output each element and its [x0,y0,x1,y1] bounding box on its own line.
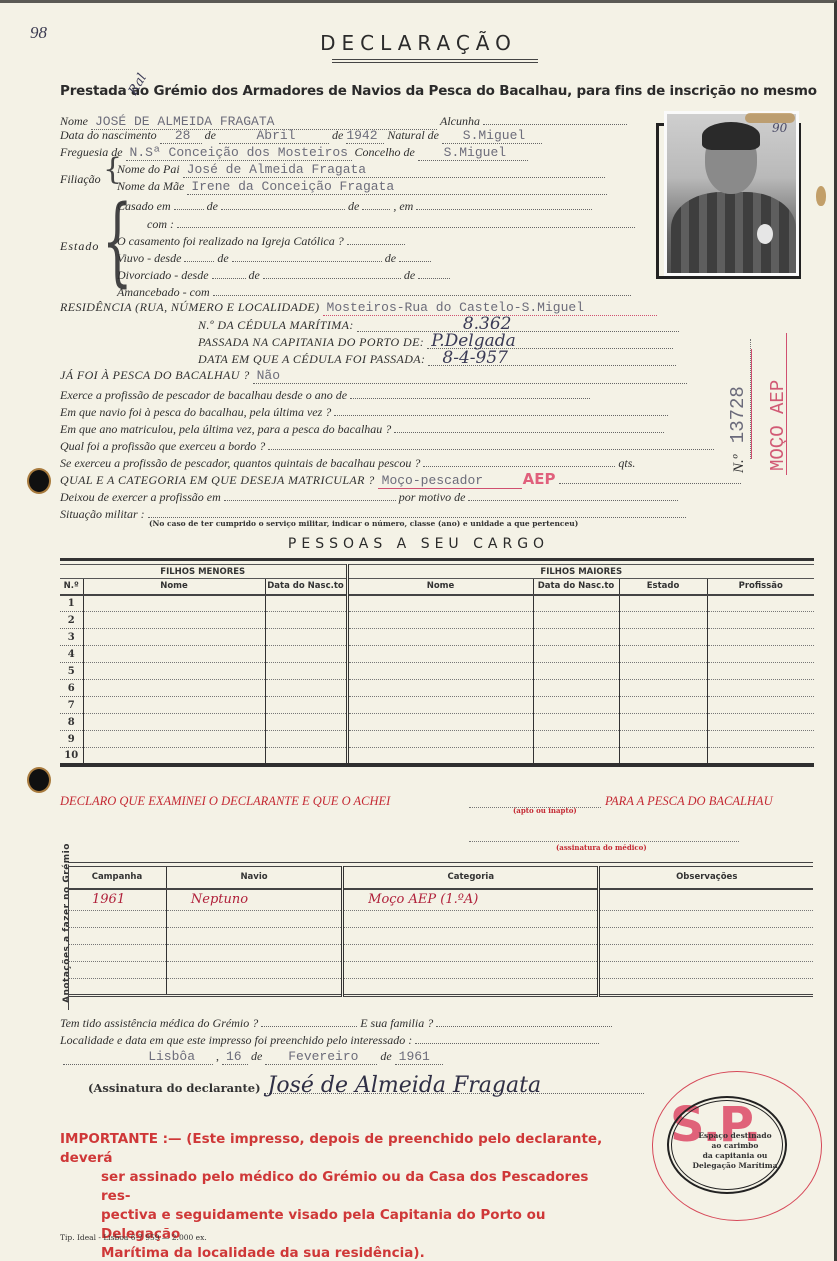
de-label: de [205,128,216,143]
title-underline-2 [332,62,538,63]
de-label: de [332,128,343,143]
table-cell[interactable] [83,697,265,714]
table-row: 6 [60,680,814,697]
table-cell[interactable] [83,612,265,629]
table-cell[interactable] [265,612,347,629]
filiacao-label: Filiação [60,172,101,187]
table-cell[interactable] [533,595,619,612]
col-nome-maiores: Nome [347,579,533,595]
photo-number: 90 [772,121,787,135]
viuvo-mes-field[interactable] [232,248,382,262]
applicant-photo [664,111,799,276]
quintais-row: Se exerceu a profissão de pescador, quan… [60,453,635,471]
de-label: de [217,251,228,266]
ano-matricula-label: Em que ano matriculou, pela última vez, … [60,422,391,437]
table-cell[interactable] [533,680,619,697]
dia-field[interactable]: 16 [222,1050,248,1065]
row-number: 6 [60,680,83,697]
col-nasc-menores: Data do Nasc.to [265,579,347,595]
casado-label: Casado em [117,199,171,214]
cell-observacoes[interactable] [599,962,813,979]
table-cell[interactable] [533,731,619,748]
ano-matricula-field[interactable] [394,419,664,433]
anotacoes-table: Campanha Navio Categoria Observações 196… [68,862,813,999]
table-cell[interactable] [619,629,707,646]
table-row: 8 [60,714,814,731]
table-cell[interactable] [533,629,619,646]
de-label: de [207,199,218,214]
table-row: 2 [60,612,814,629]
side-red-line-2 [751,349,752,459]
militar-label: Situação militar : [60,507,145,522]
de-label: de [251,1049,262,1064]
title-underline [332,59,538,60]
col-profissao: Profissão [707,579,814,595]
registration-number: 13728 [727,386,749,443]
table-cell[interactable] [619,595,707,612]
table-cell[interactable] [83,731,265,748]
cell-observacoes[interactable] [599,911,813,928]
page-title: DECLARAÇÃO [0,31,837,55]
casado-row: Casado em de de , em [117,196,595,214]
data-cedula-row: DATA EM QUE A CÉDULA FOI PASSADA: 8-4-95… [198,351,679,367]
assinatura-label: (Assinatura do declarante) [88,1081,261,1095]
motivo-field[interactable] [468,487,678,501]
assistencia-field[interactable] [261,1013,357,1027]
cell-navio[interactable] [166,945,342,962]
table-cell[interactable] [707,595,814,612]
col-observacoes: Observações [599,867,813,889]
amancebado-row: Amancebado - com [117,282,634,300]
table-cell[interactable] [265,697,347,714]
cell-observacoes[interactable] [599,945,813,962]
capitania-field[interactable]: P.Delgada [427,334,673,349]
col-navio: Navio [166,867,342,889]
binder-hole-bottom [29,769,49,791]
mes-field[interactable]: Fevereiro [265,1050,377,1065]
nascimento-dia-field[interactable]: 28 [160,129,202,144]
medical-declaration-text: DECLARO QUE EXAMINEI O DECLARANTE E QUE … [60,794,390,809]
casado-mes-field[interactable] [221,196,345,210]
cell-navio[interactable] [166,911,342,928]
assinatura-field[interactable]: José de Almeida Fragata [264,1079,644,1094]
cell-campanha[interactable] [68,962,166,979]
navio-row: Em que navio foi à pesca do bacalhau, pe… [60,402,671,420]
table-cell[interactable] [619,714,707,731]
table-row: 1 [60,595,814,612]
amancebado-label: Amancebado - com [117,285,210,300]
table-cell[interactable] [83,748,265,765]
filhos-menores-header: FILHOS MENORES [60,565,347,579]
importante-line-1: IMPORTANTE :— (Este impresso, depois de … [60,1130,620,1168]
table-row: 3 [60,629,814,646]
table-cell[interactable] [83,629,265,646]
cell-categoria[interactable] [343,945,599,962]
table-cell[interactable] [619,697,707,714]
exerce-label: Exerce a profissão de pescador de bacalh… [60,388,347,403]
row-number: 3 [60,629,83,646]
table-cell[interactable] [533,612,619,629]
table-cell[interactable] [347,748,533,765]
tape-stain [745,113,795,123]
ano-field[interactable]: 1961 [395,1050,443,1065]
local-data-row: Lisbôa , 16 de Fevereiro de 1961 [60,1049,446,1065]
stamp-text-4: Delegação Marítima [680,1161,790,1171]
cell-categoria[interactable] [343,962,599,979]
categoria-label: QUAL E A CATEGORIA EM QUE DESEJA MATRICU… [60,473,375,488]
table-cell[interactable] [347,612,533,629]
igreja-label: O casamento foi realizado na Igreja Cató… [117,234,344,249]
cell-navio[interactable]: Neptuno [166,889,342,911]
pai-label: Nome do Pai [117,162,180,177]
table-cell[interactable] [265,663,347,680]
cell-campanha[interactable] [68,945,166,962]
col-campanha: Campanha [68,867,166,889]
nome-label: Nome [60,114,88,129]
familia-field[interactable] [436,1013,612,1027]
stamp-text-1: Espaço destinado [680,1131,790,1141]
para-pesca-text: PARA A PESCA DO BACALHAU [605,794,773,809]
casado-ano-field[interactable] [362,196,390,210]
deixou-field[interactable] [224,487,396,501]
cedula-field[interactable]: 8.362 [357,317,679,332]
medico-signature-field[interactable] [469,841,739,842]
concelho-label: Concelho de [355,145,415,160]
importante-line-4: Marítima da localidade da sua residência… [60,1244,620,1261]
cell-campanha[interactable] [68,911,166,928]
militar-field[interactable] [148,504,686,518]
cedula-label: N.º DA CÉDULA MARÍTIMA: [198,318,354,333]
de-label: de [385,251,396,266]
table-cell[interactable] [619,646,707,663]
divorciado-mes-field[interactable] [263,265,401,279]
nascimento-label: Data do nascimento [60,128,157,143]
de-label: de [380,1049,391,1064]
table-cell[interactable] [347,646,533,663]
com-label: com : [147,217,174,232]
table-cell[interactable] [533,748,619,765]
localidade-label: Localidade e data em que este impresso f… [60,1033,412,1048]
de-label: de [348,199,359,214]
declaration-form-page: 98 DECLARAÇÃO Prestada ao Grémio dos Arm… [0,0,837,1261]
table-cell[interactable] [533,697,619,714]
table-row [68,928,813,945]
concelho-field[interactable]: S.Miguel [418,146,528,161]
table-row: 5 [60,663,814,680]
profissao-row: Qual foi a profissão que exerceu a bordo… [60,436,717,454]
navio-ultima-field[interactable] [334,402,668,416]
ja-foi-row: JÁ FOI À PESCA DO BACALHAU ? Não [60,368,690,384]
table-cell[interactable] [83,646,265,663]
assistencia-label: Tem tido assistência médica do Grémio ? [60,1016,258,1031]
col-estado: Estado [619,579,707,595]
divorciado-ano-field[interactable] [418,265,450,279]
data-cedula-field[interactable]: 8-4-957 [428,351,676,366]
de-label: de [249,268,260,283]
table-row: 1961NeptunoMoço AEP (1.ºA) [68,889,813,911]
cell-navio[interactable] [166,962,342,979]
motivo-label: por motivo de [399,490,466,505]
com-row: com : [147,214,638,232]
profissao-bordo-field[interactable] [268,436,714,450]
number-prefix: N.º [731,455,747,473]
photo-hair [702,122,760,150]
table-cell[interactable] [265,629,347,646]
row-number: 2 [60,612,83,629]
row-number: 10 [60,748,83,765]
col-categoria: Categoria [343,867,599,889]
col-nasc-maiores: Data do Nasc.to [533,579,619,595]
divorciado-row: Divorciado - desde de de [117,265,453,283]
cell-observacoes[interactable] [599,928,813,945]
table-cell[interactable] [619,663,707,680]
pai-row: Nome do Pai José de Almeida Fragata [117,162,608,178]
qts-label: qts. [618,456,635,471]
table-cell[interactable] [347,663,533,680]
navio-ultima-label: Em que navio foi à pesca do bacalhau, pe… [60,405,331,420]
cell-categoria[interactable] [343,979,599,996]
freguesia-row: Freguesia de N.Sª Conceição dos Mosteiro… [60,145,531,161]
table-cell[interactable] [265,714,347,731]
form-subtitle: Prestada ao Grémio dos Armadores de Navi… [60,83,817,99]
printer-credit: Tip. Ideal - Lisboa 6-7 959 — 2.000 ex. [60,1233,207,1242]
viuvo-dia-field[interactable] [184,248,214,262]
cell-observacoes[interactable] [599,889,813,911]
table-cell[interactable] [83,714,265,731]
table-cell[interactable] [347,697,533,714]
table-cell[interactable] [707,714,814,731]
assinatura-row: (Assinatura do declarante) José de Almei… [88,1079,647,1095]
nascimento-ano-field[interactable]: 1942 [346,129,384,144]
table-row [68,911,813,928]
cell-campanha[interactable] [68,928,166,945]
table-cell[interactable] [533,646,619,663]
data-cedula-label: DATA EM QUE A CÉDULA FOI PASSADA: [198,352,425,367]
table-row [68,962,813,979]
table-row: 9 [60,731,814,748]
table-cell[interactable] [619,680,707,697]
table-cell[interactable] [707,680,814,697]
alcunha-field[interactable] [483,111,627,125]
category-side-stamp: MOÇO AEP [767,380,789,471]
anotacoes-left-border [68,865,69,1010]
residencia-row: RESIDÊNCIA (RUA, NÚMERO E LOCALIDADE) Mo… [60,300,660,316]
row-number: 4 [60,646,83,663]
table-cell[interactable] [707,663,814,680]
table-cell[interactable] [83,680,265,697]
divorciado-label: Divorciado - desde [117,268,209,283]
stamp-text-2: ao carimbo [680,1141,790,1151]
cell-campanha[interactable] [68,979,166,996]
table-cell[interactable] [265,748,347,765]
table-row [68,979,813,996]
row-number: 7 [60,697,83,714]
divorciado-dia-field[interactable] [212,265,246,279]
ja-foi-label: JÁ FOI À PESCA DO BACALHAU ? [60,368,250,383]
freguesia-field[interactable]: N.Sª Conceição dos Mosteiros [126,146,352,161]
cell-categoria[interactable] [343,911,599,928]
table-cell[interactable] [347,731,533,748]
table-row: 7 [60,697,814,714]
col-nome-menores: Nome [83,579,265,595]
table-row: 4 [60,646,814,663]
cell-categoria[interactable] [343,928,599,945]
igreja-row: O casamento foi realizado na Igreja Cató… [117,231,408,249]
cell-navio[interactable] [166,979,342,996]
capitania-label: PASSADA NA CAPITANIA DO PORTO DE: [198,335,424,350]
capitania-row: PASSADA NA CAPITANIA DO PORTO DE: P.Delg… [198,334,676,350]
table-cell[interactable] [707,629,814,646]
filhos-maiores-header: FILHOS MAIORES [347,565,814,579]
de-label: de [404,268,415,283]
exerce-field[interactable] [350,385,590,399]
table-cell[interactable] [707,646,814,663]
natural-field[interactable]: S.Miguel [442,129,542,144]
table-cell[interactable] [347,595,533,612]
table-cell[interactable] [83,595,265,612]
viuvo-row: Viuvo - desde de de [117,248,434,266]
table-cell[interactable] [347,714,533,731]
table-cell[interactable] [619,748,707,765]
casado-local-field[interactable] [416,196,592,210]
table-row: 10 [60,748,814,765]
profissao-bordo-label: Qual foi a profissão que exerceu a bordo… [60,439,265,454]
photo-shirt [671,192,796,276]
stain-mark [816,186,826,206]
table-cell[interactable] [619,612,707,629]
mae-row: Nome da Mãe Irene da Conceição Fragata [117,179,610,195]
table-cell[interactable] [265,595,347,612]
row-number: 5 [60,663,83,680]
local-field[interactable]: Lisbôa [63,1050,213,1065]
categoria-extension [559,470,741,484]
amancebado-field[interactable] [213,282,631,296]
row-number: 9 [60,731,83,748]
pai-field[interactable]: José de Almeida Fragata [183,163,605,178]
deixou-row: Deixou de exercer a profissão em por mot… [60,487,681,505]
table-cell[interactable] [83,663,265,680]
igreja-field[interactable] [347,231,405,245]
binder-hole-top [29,470,49,492]
table-cell[interactable] [347,629,533,646]
exerce-row: Exerce a profissão de pescador de bacalh… [60,385,593,403]
mae-field[interactable]: Irene da Conceição Fragata [187,180,607,195]
registration-number-stamp: N.º 13728 [727,386,749,473]
table-cell[interactable] [707,697,814,714]
photo-badge [757,224,773,244]
cell-campanha[interactable]: 1961 [68,889,166,911]
table-cell[interactable] [619,731,707,748]
row-number: 8 [60,714,83,731]
localidade-extension [415,1030,599,1044]
nascimento-mes-field[interactable]: Abril [219,129,329,144]
alcunha-label: Alcunha [440,114,480,129]
table-cell[interactable] [533,714,619,731]
localidade-row: Localidade e data em que este impresso f… [60,1030,602,1048]
estado-label: Estado [60,239,99,254]
stamp-area-text: Espaço destinado ao carimbo da capitania… [680,1131,790,1171]
pessoas-cargo-table: FILHOS MENORES FILHOS MAIORES N.º Nome D… [60,558,814,769]
militar-note: (No caso de ter cumprido o serviço milit… [149,519,578,528]
em-label: , em [393,199,413,214]
viuvo-ano-field[interactable] [399,248,431,262]
deixou-label: Deixou de exercer a profissão em [60,490,221,505]
categoria-stamp: AEP [523,470,556,488]
table-cell[interactable] [265,680,347,697]
row-number: 1 [60,595,83,612]
familia-label: E sua familia ? [360,1016,433,1031]
apto-hint: (apto ou inapto) [513,806,577,815]
cell-observacoes[interactable] [599,979,813,996]
stamp-text-3: da capitania ou [680,1151,790,1161]
table-cell[interactable] [265,731,347,748]
table-cell[interactable] [707,748,814,765]
viuvo-label: Viuvo - desde [117,251,181,266]
cell-categoria[interactable]: Moço AEP (1.ºA) [343,889,599,911]
cell-navio[interactable] [166,928,342,945]
nascimento-row: Data do nascimento 28 de Abril de 1942 N… [60,128,545,144]
table-cell[interactable] [707,731,814,748]
quintais-label: Se exerceu a profissão de pescador, quan… [60,456,420,471]
importante-line-2: ser assinado pelo médico do Grémio ou da… [60,1168,620,1206]
medico-signature-hint: (assinatura do médico) [556,843,647,852]
conjuge-field[interactable] [177,214,635,228]
table-cell[interactable] [707,612,814,629]
table-row [68,945,813,962]
ano-matricula-row: Em que ano matriculou, pela última vez, … [60,419,667,437]
col-numero: N.º [60,579,83,595]
pessoas-cargo-title: PESSOAS A SEU CARGO [0,536,837,552]
table-cell[interactable] [533,663,619,680]
assistencia-row: Tem tido assistência médica do Grémio ? … [60,1013,615,1031]
table-cell[interactable] [265,646,347,663]
natural-label: Natural de [387,128,439,143]
casado-dia-field[interactable] [174,196,204,210]
residencia-label: RESIDÊNCIA (RUA, NÚMERO E LOCALIDADE) [60,300,320,315]
table-cell[interactable] [347,680,533,697]
quintais-field[interactable] [423,453,615,467]
ja-foi-field[interactable]: Não [253,369,687,384]
